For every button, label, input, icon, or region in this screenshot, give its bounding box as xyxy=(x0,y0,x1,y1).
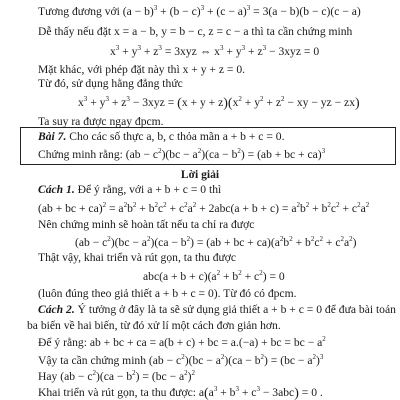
method1-eq1: (ab + bc + ca)2 = a2b2 + b2c2 + c2a2 + 2… xyxy=(38,203,369,215)
math-expression: a + b + c = 0 xyxy=(147,183,206,196)
method2-note: Để ý rằng: ab + bc + ca = a(b + c) + bc … xyxy=(38,337,326,349)
math-expression: x = a − b, y = b − c, z = c − a xyxy=(114,25,249,38)
math-expression: (ab − c2)(ca − b2) = (bc − a2)2 xyxy=(60,370,195,383)
line-text: Để ý rằng: xyxy=(38,336,90,349)
method-label: Cách 2. xyxy=(38,303,75,316)
punctuation: . xyxy=(242,63,245,76)
text-line-substitution: Dễ thấy nếu đặt x = a − b, y = b − c, z … xyxy=(38,26,352,38)
equation-cubic-identity: x3 + y3 + z3 = 3xyz ⇔ x3 + y3 + z3 − 3xy… xyxy=(110,46,319,58)
math-expression: x3 + y3 + z3 = 3xyz ⇔ x3 + y3 + z3 − 3xy… xyxy=(110,45,319,58)
math-expression: (ab − c2)(bc − a2)(ca − b2) = (ab + bc +… xyxy=(75,236,357,249)
line-text: (luôn đúng theo giả thiết xyxy=(38,287,155,300)
method2-need: Vậy ta cần chứng minh (ab − c2)(bc − a2)… xyxy=(38,355,323,367)
problem-statement: Bài 7. Cho các số thực a, b, c thỏa mãn … xyxy=(38,131,285,143)
line-text: Khai triển và rút gọn, ta thu được: xyxy=(38,386,199,399)
equation-factorization: x3 + y3 + z3 − 3xyz = (x + y + z)(x2 + y… xyxy=(78,97,360,111)
line-text: Chứng minh rằng: xyxy=(38,148,126,161)
line-text: thỏa mãn xyxy=(174,130,223,143)
line-text: Ý tưởng ở đây là ta sẽ sử dụng giả thiết xyxy=(75,303,263,316)
math-expression: (ab − c2)(bc − a2)(ca − b2) = (ab + bc +… xyxy=(126,148,325,161)
line-text: để đưa bài toán xyxy=(322,303,396,316)
method1-text2: Nên chứng minh sẽ hoàn tất nếu ta chỉ ra… xyxy=(38,219,254,231)
line-text: Dễ thấy nếu đặt xyxy=(38,25,114,38)
math-expression: x + y + z = 0 xyxy=(183,63,243,76)
text-line-equivalence: Tương đương với (a − b)3 + (b − c)3 + (c… xyxy=(38,6,361,18)
math-expression: (ab − c2)(bc − a2)(ca − b2) = (bc − a2)3 xyxy=(149,354,323,367)
math-expression: a + b + c = 0 xyxy=(263,303,322,316)
line-text: ). Từ đó có đpcm. xyxy=(214,287,297,300)
line-text: Vậy ta cần chứng minh xyxy=(38,354,149,367)
method1-eq3: abc(a + b + c)(a2 + b2 + c2) = 0 xyxy=(143,271,285,283)
text-line-conclusion: Ta suy ra được ngay đpcm. xyxy=(38,116,164,128)
math-expression: ab + bc + ca = a(b + c) + bc = a.(−a) + … xyxy=(90,336,326,349)
method2-intro-continuation: ba biến về hai biến, từ đó xử lí một các… xyxy=(27,320,281,332)
method1-text3: Thật vậy, khai triển và rút gọn, ta thu … xyxy=(38,252,236,264)
math-expression: abc(a + b + c)(a2 + b2 + c2) = 0 xyxy=(143,270,285,283)
problem-label: Bài 7. xyxy=(38,130,66,143)
solution-heading: Lời giải xyxy=(0,169,400,181)
line-text: thì xyxy=(206,183,221,196)
line-text: Tương đương với xyxy=(38,5,123,18)
method1-text4: (luôn đúng theo giả thiết a + b + c = 0)… xyxy=(38,288,297,300)
problem-prove: Chứng minh rằng: (ab − c2)(bc − a2)(ca −… xyxy=(38,149,325,161)
math-expression: a + b + c = 0 xyxy=(223,130,282,143)
line-text: thì ta cần chứng minh xyxy=(249,25,353,38)
method2-or: Hay (ab − c2)(ca − b2) = (bc − a2)2 xyxy=(38,371,195,383)
method1-intro: Cách 1. Để ý rằng, với a + b + c = 0 thì xyxy=(38,184,221,196)
line-text: Để ý rằng, với xyxy=(75,183,147,196)
method2-final: Khai triển và rút gọn, ta thu được: a(a3… xyxy=(38,387,323,400)
method1-eq2: (ab − c2)(bc − a2)(ca − b2) = (ab + bc +… xyxy=(75,237,357,249)
line-text: Hay xyxy=(38,370,60,383)
punctuation: . xyxy=(317,386,323,399)
math-expression: x3 + y3 + z3 − 3xyz = (x + y + z)(x2 + y… xyxy=(78,96,360,109)
math-expression: a, b, c xyxy=(146,130,174,143)
text-line-identity-intro: Từ đó, sử dụng hằng đẳng thức xyxy=(38,78,183,90)
line-text: Mặt khác, với phép đặt này thì xyxy=(38,63,183,76)
line-text: Nên chứng minh sẽ hoàn tất nếu ta chỉ ra… xyxy=(38,218,254,231)
math-expression: (a − b)3 + (b − c)3 + (c − a)3 = 3(a − b… xyxy=(123,5,361,18)
method2-intro: Cách 2. Ý tưởng ở đây là ta sẽ sử dụng g… xyxy=(38,304,396,316)
line-text: ba biến về hai biến, từ đó xử lí một các… xyxy=(27,319,281,332)
math-expression: (ab + bc + ca)2 = a2b2 + b2c2 + c2a2 + 2… xyxy=(38,202,369,215)
math-expression: a(a3 + b3 + c3 − 3abc) = 0 xyxy=(199,386,317,399)
math-expression: a + b + c = 0 xyxy=(155,287,214,300)
method-label: Cách 1. xyxy=(38,183,75,196)
line-text: Thật vậy, khai triển và rút gọn, ta thu … xyxy=(38,251,236,264)
line-text: Từ đó, sử dụng hằng đẳng thức xyxy=(38,77,183,90)
text-line-sum-zero: Mặt khác, với phép đặt này thì x + y + z… xyxy=(38,64,245,76)
line-text: Cho các số thực xyxy=(66,130,146,143)
punctuation: . xyxy=(282,130,285,143)
